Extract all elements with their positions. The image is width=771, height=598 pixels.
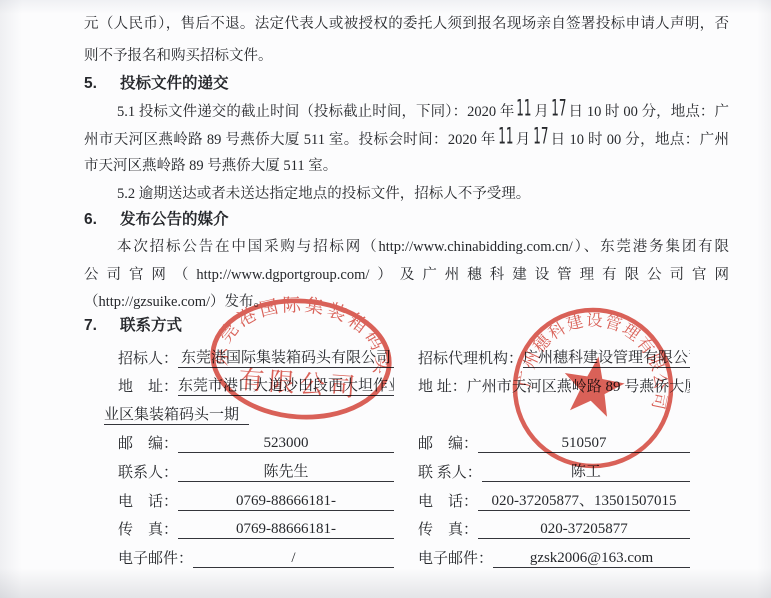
text-part: 月 bbox=[515, 132, 530, 148]
intro-paragraph: 元（人民币），售后不退。法定代表人或被授权的委托人须到报名现场亲自签署投标申请人… bbox=[84, 9, 729, 72]
agency-fax-row: 传 真： 020-37205877 bbox=[418, 511, 690, 540]
field-value-underlined: 业区集装箱码头一期 bbox=[104, 403, 249, 425]
tenderer-address-row: 地 址： 东莞市港口大道沙田段西大坦作业 bbox=[118, 368, 394, 397]
field-label: 电子邮件： bbox=[118, 547, 193, 568]
field-value-underlined: 020-37205877 bbox=[478, 521, 690, 539]
section-5-number: 5. bbox=[84, 71, 120, 97]
text-part: 日 10 时 00 分，地点：广 bbox=[568, 104, 729, 120]
clause-5-1-paragraph: 5.1 投标文件递交的截止时间（投标截止时间，下同）：2020 年11月17日 … bbox=[84, 98, 729, 181]
field-label: 招标代理机构： bbox=[418, 347, 523, 368]
field-value-underlined: 020-37205877、13501507015 bbox=[478, 489, 690, 511]
field-label: 招标人： bbox=[118, 347, 178, 368]
tenderer-postcode-row: 邮 编： 523000 bbox=[118, 425, 394, 454]
text-part: 州市天河区燕岭路 89 号燕侨大厦 511 室。投标会时间：2020 年 bbox=[84, 132, 496, 148]
media-line-2: 公司官网（http://www.dgportgroup.com/）及广州穗科建设… bbox=[84, 262, 729, 290]
section-6-title: 发布公告的媒介 bbox=[120, 211, 229, 228]
field-label: 电子邮件： bbox=[418, 547, 493, 568]
field-label: 联系人： bbox=[118, 461, 178, 482]
tenderer-fax-row: 传 真： 0769-88666181- bbox=[118, 511, 394, 540]
text-part: 5.1 投标文件递交的截止时间（投标截止时间，下同）：2020 年 bbox=[117, 104, 514, 120]
field-value-underlined: 陈先生 bbox=[178, 460, 394, 482]
media-line-1: 本次招标公告在中国采购与招标网（http://www.chinabidding.… bbox=[84, 234, 729, 262]
clause-5-2-paragraph: 5.2 逾期送达或者未送达指定地点的投标文件，招标人不予受理。 bbox=[84, 181, 729, 209]
field-label: 联 系人： bbox=[418, 461, 482, 482]
field-value-underlined: / bbox=[193, 550, 394, 568]
tenderer-contact-column: 招标人： 东莞港国际集装箱码头有限公司 地 址： 东莞市港口大道沙田段西大坦作业… bbox=[118, 339, 394, 568]
agency-phone-row: 电 话： 020-37205877、13501507015 bbox=[418, 482, 690, 511]
field-value-underlined: 0769-88666181- bbox=[178, 521, 394, 539]
section-7-heading: 7.联系方式 bbox=[84, 313, 182, 339]
section-6-number: 6. bbox=[84, 207, 120, 233]
intro-line-2: 则不予报名和购买招标文件。 bbox=[84, 41, 729, 73]
text-part: 日 10 时 00 分，地点：广州 bbox=[550, 132, 729, 148]
field-value: 广州市天河区燕岭路 89 号燕侨大厦 bbox=[467, 375, 690, 396]
clause-5-2-line: 5.2 逾期送达或者未送达指定地点的投标文件，招标人不予受理。 bbox=[84, 181, 729, 209]
section-7-title: 联系方式 bbox=[120, 317, 182, 334]
tenderer-address-continuation-row: 业区集装箱码头一期 bbox=[118, 396, 394, 425]
handwritten-day: 17 bbox=[551, 98, 566, 126]
field-value-underlined: 0769-88666181- bbox=[178, 493, 394, 511]
section-6-heading: 6.发布公告的媒介 bbox=[84, 207, 229, 233]
agency-address-row: 地 址： 广州市天河区燕岭路 89 号燕侨大厦 bbox=[418, 368, 690, 397]
tenderer-email-row: 电子邮件： / bbox=[118, 539, 394, 568]
handwritten-day: 17 bbox=[533, 126, 548, 154]
scanned-tender-document-page: 元（人民币），售后不退。法定代表人或被授权的委托人须到报名现场亲自签署投标申请人… bbox=[0, 0, 771, 598]
field-label: 传 真： bbox=[418, 518, 478, 539]
field-value-underlined: 510507 bbox=[478, 435, 690, 453]
agency-contact-column: 招标代理机构： 广州穗科建设管理有限公司 地 址： 广州市天河区燕岭路 89 号… bbox=[418, 339, 690, 568]
field-value-underlined: gzsk2006@163.com bbox=[493, 550, 690, 568]
tenderer-name-row: 招标人： 东莞港国际集装箱码头有限公司 bbox=[118, 339, 394, 368]
announcement-media-paragraph: 本次招标公告在中国采购与招标网（http://www.chinabidding.… bbox=[84, 234, 729, 317]
section-7-number: 7. bbox=[84, 313, 120, 339]
handwritten-month: 11 bbox=[498, 126, 513, 154]
field-value-underlined: 广州穗科建设管理有限公司 bbox=[523, 346, 690, 368]
field-label: 邮 编： bbox=[418, 432, 478, 453]
tenderer-phone-row: 电 话： 0769-88666181- bbox=[118, 482, 394, 511]
field-label: 电 话： bbox=[118, 490, 178, 511]
field-label: 地 址： bbox=[118, 375, 178, 396]
section-5-heading: 5.投标文件的递交 bbox=[84, 71, 229, 97]
field-label: 地 址： bbox=[418, 375, 467, 396]
agency-name-row: 招标代理机构： 广州穗科建设管理有限公司 bbox=[418, 339, 690, 368]
field-value-underlined: 523000 bbox=[178, 435, 394, 453]
field-label: 传 真： bbox=[118, 518, 178, 539]
section-5-title: 投标文件的递交 bbox=[120, 75, 229, 92]
text-part: 月 bbox=[534, 104, 549, 120]
agency-contact-person-row: 联 系人： 陈工 bbox=[418, 453, 690, 482]
agency-postcode-row: 邮 编： 510507 bbox=[418, 425, 690, 454]
clause-5-1-line-1: 5.1 投标文件递交的截止时间（投标截止时间，下同）：2020 年11月17日 … bbox=[84, 98, 729, 126]
field-value-underlined: 陈工 bbox=[482, 460, 690, 482]
field-value-underlined: 东莞市港口大道沙田段西大坦作业 bbox=[178, 374, 394, 396]
field-value-underlined: 东莞港国际集装箱码头有限公司 bbox=[178, 346, 394, 368]
tenderer-contact-person-row: 联系人： 陈先生 bbox=[118, 453, 394, 482]
clause-5-1-line-3: 市天河区燕岭路 89 号燕侨大厦 511 室。 bbox=[84, 153, 729, 181]
field-label: 电 话： bbox=[418, 490, 478, 511]
field-label: 邮 编： bbox=[118, 432, 178, 453]
agency-email-row: 电子邮件： gzsk2006@163.com bbox=[418, 539, 690, 568]
intro-line-1: 元（人民币），售后不退。法定代表人或被授权的委托人须到报名现场亲自签署投标申请人… bbox=[84, 9, 729, 41]
handwritten-month: 11 bbox=[517, 98, 532, 126]
clause-5-1-line-2: 州市天河区燕岭路 89 号燕侨大厦 511 室。投标会时间：2020 年11月1… bbox=[84, 126, 729, 154]
